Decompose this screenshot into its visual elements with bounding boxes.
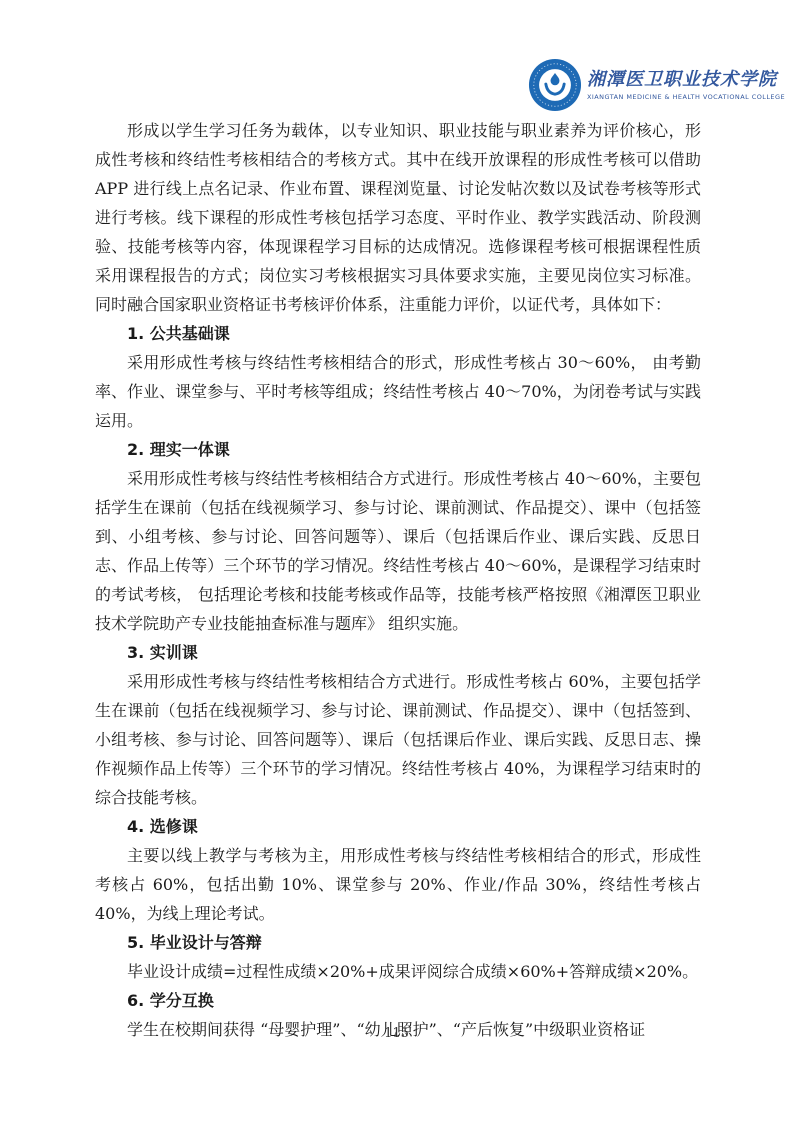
intro-paragraph: 形成以学生学习任务为载体，以专业知识、职业技能与职业素养为评价核心，形成性考核和… (95, 116, 701, 319)
section-heading-training-course: 3. 实训课 (95, 638, 701, 667)
section-heading-theory-practice-course: 2. 理实一体课 (95, 435, 701, 464)
section-heading-public-basic-course: 1. 公共基础课 (95, 319, 701, 348)
section-body-public-basic-course: 采用形成性考核与终结性考核相结合的形式，形成性考核占 30～60%， 由考勤率、… (95, 348, 701, 435)
college-emblem-icon (528, 58, 582, 112)
college-header: 湘潭医卫职业技术学院 XIANGTAN MEDICINE & HEALTH VO… (528, 57, 786, 113)
section-heading-credit-exchange: 6. 学分互换 (95, 986, 701, 1015)
section-body-training-course: 采用形成性考核与终结性考核相结合方式进行。形成性考核占 60%，主要包括学生在课… (95, 667, 701, 812)
section-body-elective-course: 主要以线上教学与考核为主，用形成性考核与终结性考核相结合的形式，形成性考核占 6… (95, 841, 701, 928)
section-body-graduation-design: 毕业设计成绩=过程性成绩×20%+成果评阅综合成绩×60%+答辩成绩×20%。 (95, 957, 701, 986)
page-number: 115 (0, 1026, 793, 1041)
college-name-zh: 湘潭医卫职业技术学院 (587, 69, 785, 91)
section-heading-elective-course: 4. 选修课 (95, 812, 701, 841)
section-heading-graduation-design: 5. 毕业设计与答辩 (95, 928, 701, 957)
document-page: 湘潭医卫职业技术学院 XIANGTAN MEDICINE & HEALTH VO… (0, 0, 793, 1122)
document-body: 形成以学生学习任务为载体，以专业知识、职业技能与职业素养为评价核心，形成性考核和… (95, 116, 701, 1044)
section-body-theory-practice-course: 采用形成性考核与终结性考核相结合方式进行。形成性考核占 40～60%，主要包括学… (95, 464, 701, 638)
college-name-en: XIANGTAN MEDICINE & HEALTH VOCATIONAL CO… (587, 93, 785, 101)
college-name-block: 湘潭医卫职业技术学院 XIANGTAN MEDICINE & HEALTH VO… (587, 69, 785, 101)
